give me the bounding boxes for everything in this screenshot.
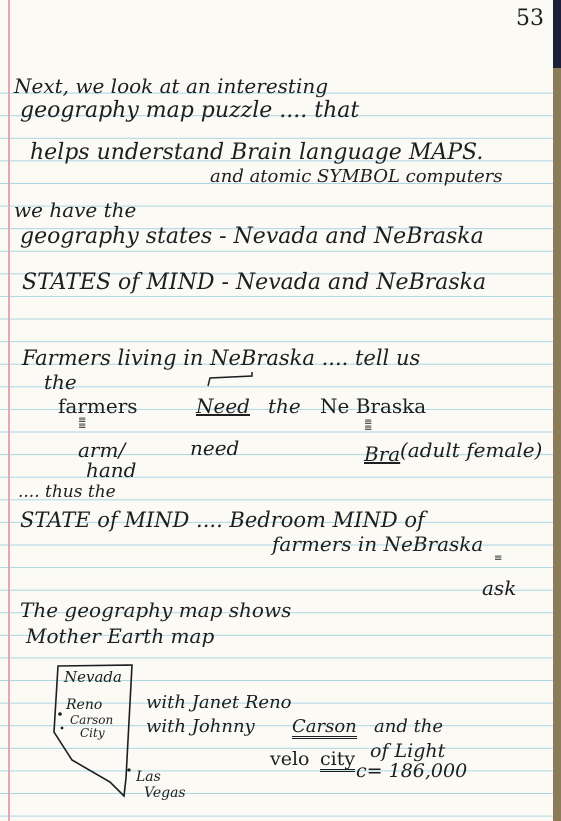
meaning-bra: Bra [364, 444, 400, 464]
carson-note-suffix: and the [374, 718, 443, 736]
velocity-prefix: velo [270, 750, 310, 769]
note-line: ask [482, 578, 516, 598]
note-line: helps understand Brain language MAPS. [30, 142, 483, 164]
city-las: Las [136, 770, 161, 784]
note-line: the [44, 372, 77, 392]
note-line: farmers in NeBraska [272, 534, 483, 554]
the-word: the [268, 396, 301, 416]
equation: c= 186,000 [356, 762, 467, 781]
note-line: Next, we look at an interesting [14, 76, 328, 96]
city-reno: Reno [66, 698, 102, 712]
squiggle-icon: ≡≡ [364, 420, 372, 431]
city-carson-2: City [80, 727, 105, 739]
carson-note-underlined: Carson [292, 718, 357, 739]
note-line: geography states - Nevada and NeBraska [20, 226, 484, 248]
meaning-need: need [190, 438, 239, 458]
velocity-underlined: city [320, 750, 355, 772]
backdrop-dark [552, 0, 561, 68]
carson-note-prefix: with Johnny [146, 718, 255, 736]
need-word: Need [196, 396, 250, 416]
map-title: Nevada [64, 670, 122, 685]
page-header-blank [0, 0, 553, 72]
note-line: we have the [14, 200, 136, 220]
meaning-bra-note: (adult female) [400, 440, 542, 460]
note-line: .... thus the [18, 484, 116, 501]
note-line: geography map puzzle .... that [20, 100, 359, 122]
page-number: 53 [516, 8, 544, 30]
margin-line [8, 0, 10, 821]
note-line: Mother Earth map [26, 626, 214, 646]
meaning-hand: hand [86, 460, 137, 480]
farmers-word: farmers [58, 396, 138, 416]
note-line: Farmers living in NeBraska .... tell us [22, 348, 420, 369]
nebraska-word: Ne Braska [320, 396, 426, 416]
meaning-arm: arm/ [78, 440, 125, 460]
note-line: and atomic SYMBOL computers [210, 168, 502, 186]
arrow-icon [200, 370, 260, 388]
squiggle-icon: ≡ [494, 556, 502, 562]
note-line: STATE of MIND .... Bedroom MIND of [20, 510, 425, 531]
velocity-suffix: of Light [370, 742, 445, 761]
note-line: STATES of MIND - Nevada and NeBraska [22, 272, 486, 294]
city-vegas: Vegas [144, 786, 186, 800]
squiggle-icon: ≡≡ [78, 418, 86, 429]
city-carson: Carson [70, 714, 113, 726]
reno-note: with Janet Reno [146, 694, 292, 712]
note-line: The geography map shows [20, 600, 291, 620]
